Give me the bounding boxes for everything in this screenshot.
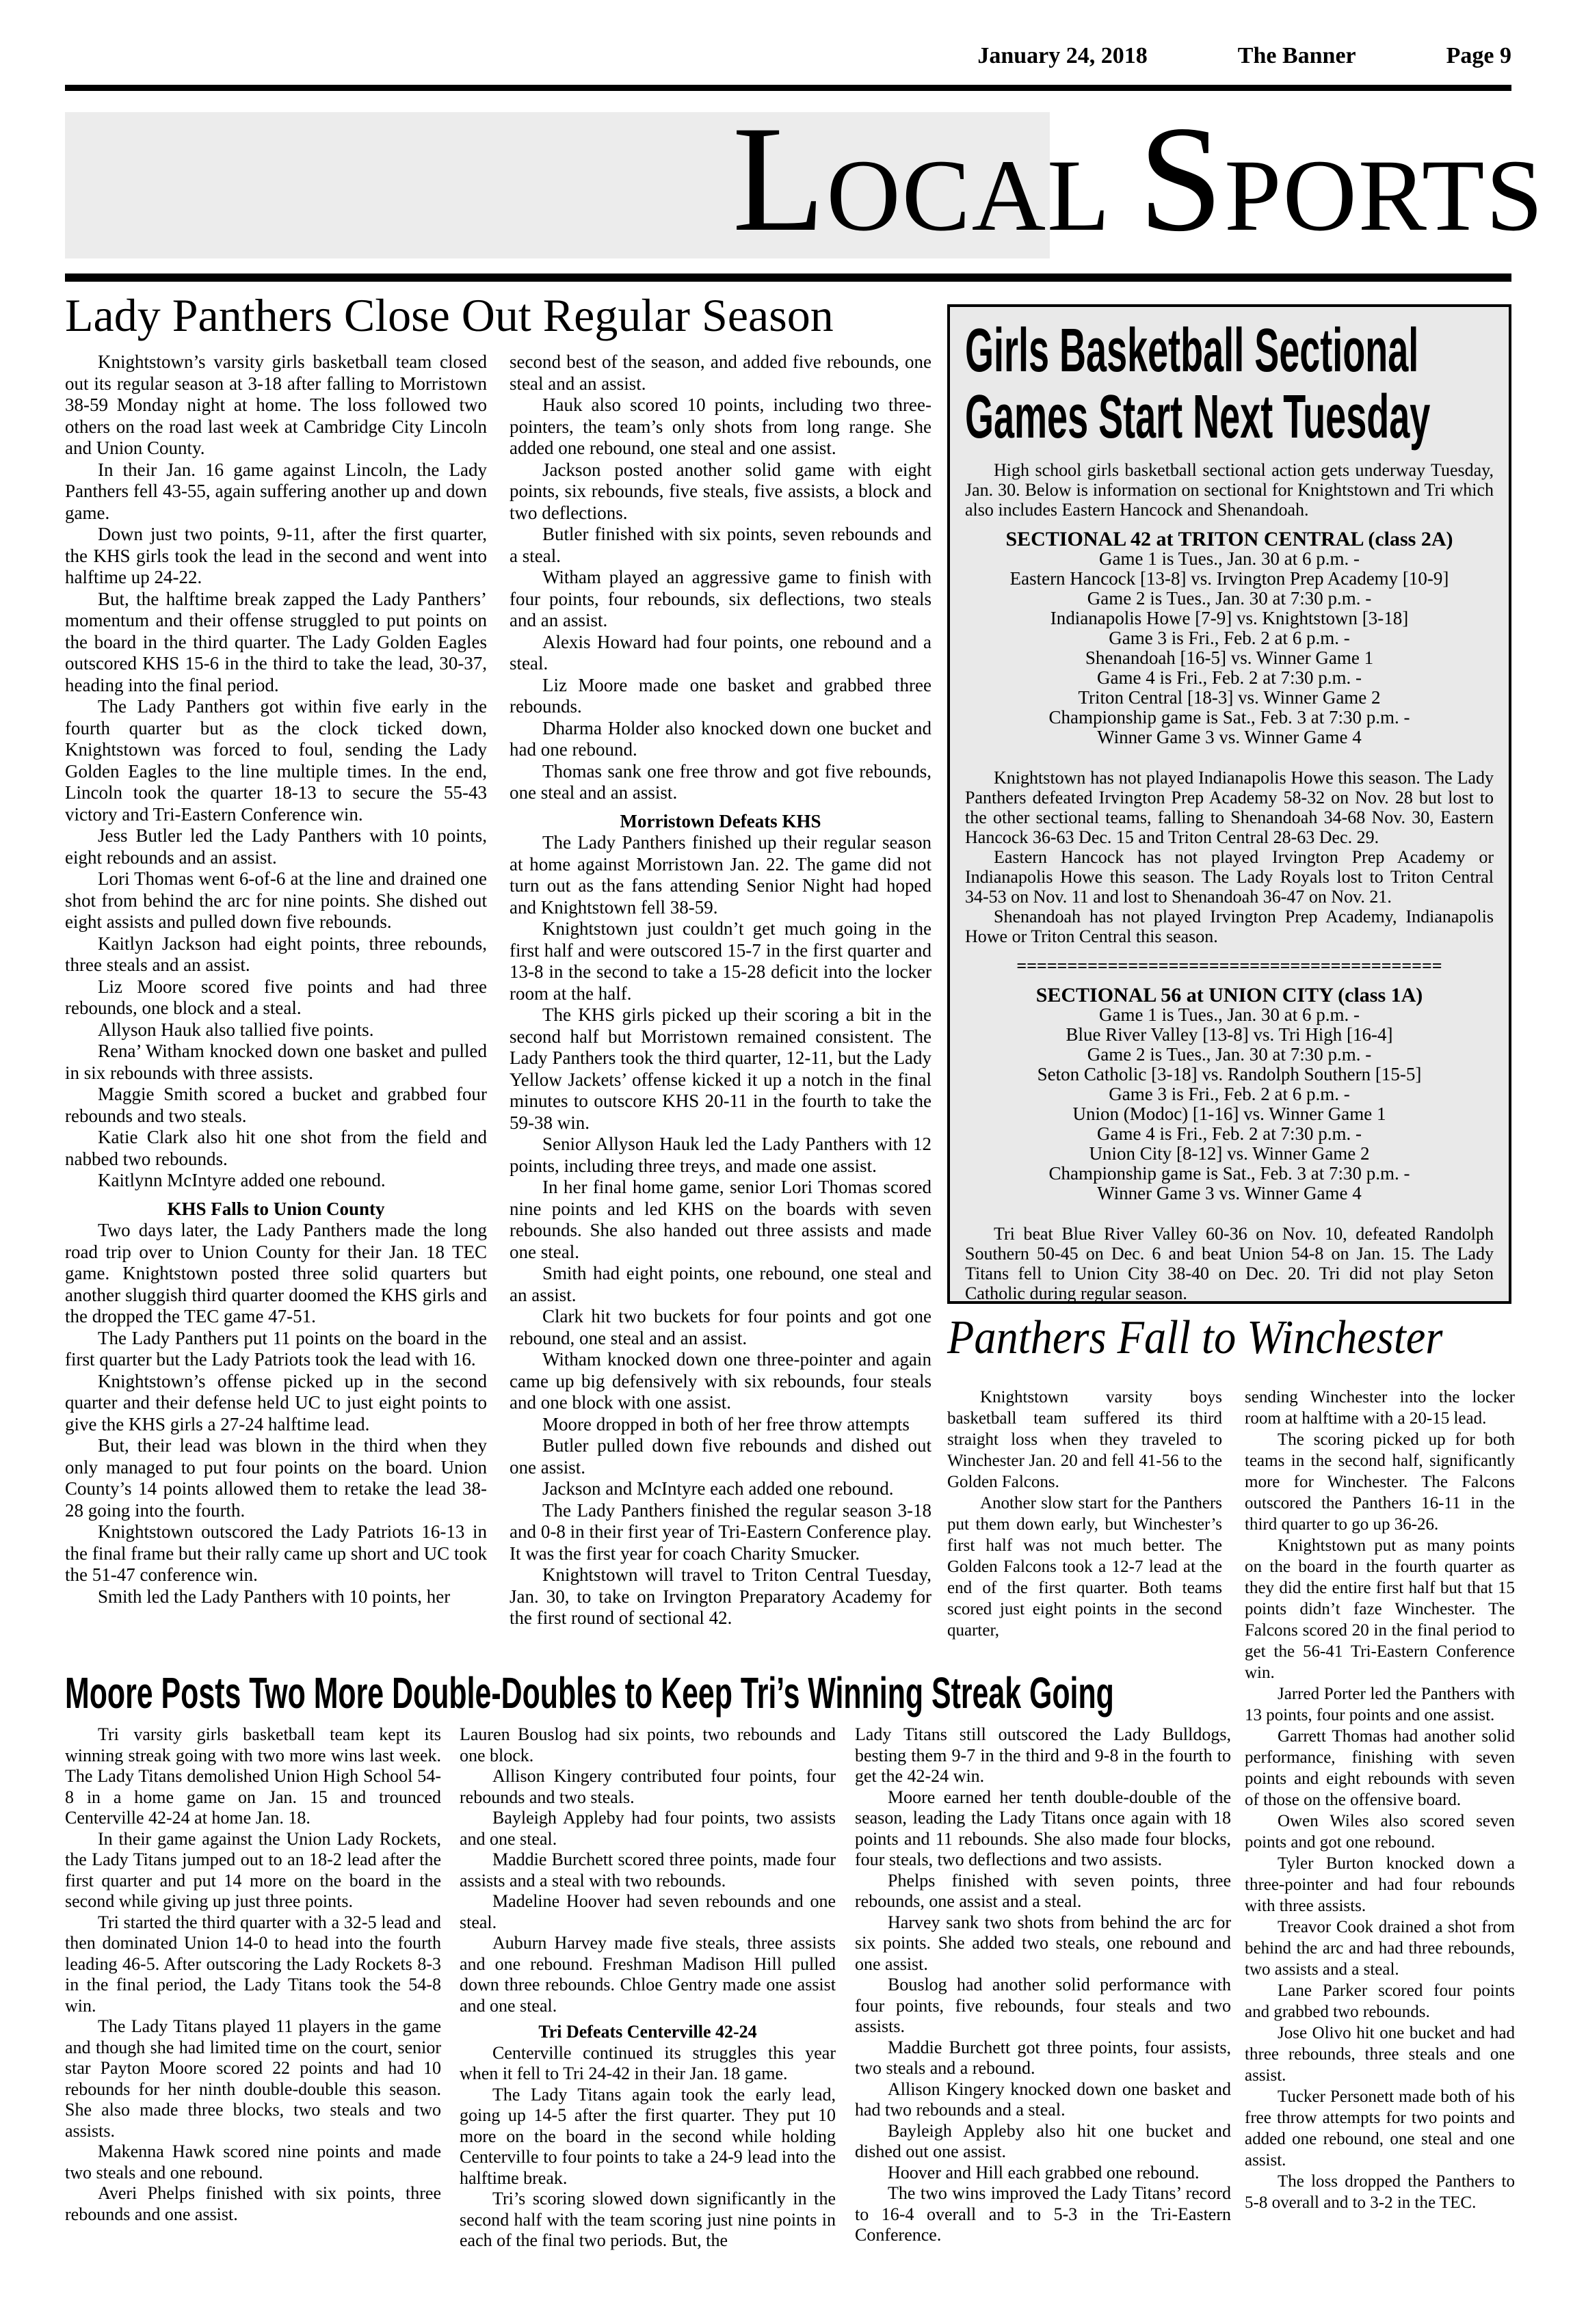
paragraph: Makenna Hawk scored nine points and made… bbox=[65, 2141, 441, 2183]
paragraph: The Lady Titans again took the early lea… bbox=[460, 2085, 836, 2189]
paragraph: Maddie Burchett got three points, four a… bbox=[855, 2038, 1231, 2079]
schedule-line: Union City [8-12] vs. Winner Game 2 bbox=[965, 1144, 1494, 1164]
paragraph: The two wins improved the Lady Titans’ r… bbox=[855, 2183, 1231, 2246]
paragraph: But, their lead was blown in the third w… bbox=[65, 1435, 487, 1521]
schedule-line: Game 2 is Tues., Jan. 30 at 7:30 p.m. - bbox=[965, 1045, 1494, 1065]
moore-column-3: Lady Titans still outscored the Lady Bul… bbox=[855, 1724, 1231, 2324]
paragraph: Maddie Burchett scored three points, mad… bbox=[460, 1849, 836, 1891]
schedule-line: Blue River Valley [13-8] vs. Tri High [1… bbox=[965, 1025, 1494, 1045]
moore-column-2: Lauren Bouslog had six points, two rebou… bbox=[460, 1724, 836, 2324]
sectional-title-line-1: Girls Basketball Sectional bbox=[965, 318, 1418, 384]
paragraph: In their game against the Union Lady Roc… bbox=[65, 1829, 441, 1912]
moore-column-1: Tri varsity girls basketball team kept i… bbox=[65, 1724, 441, 2324]
paragraph: Hauk also scored 10 points, including tw… bbox=[510, 395, 931, 459]
sub-headline: Morristown Defeats KHS bbox=[510, 811, 931, 833]
page-number: Page 9 bbox=[1446, 42, 1511, 70]
banner-word-local: OCAL bbox=[826, 139, 1111, 252]
paragraph: Madeline Hoover had seven rebounds and o… bbox=[460, 1891, 836, 1933]
paragraph: Moore earned her tenth double-double of … bbox=[855, 1787, 1231, 1871]
schedule-line: Triton Central [18-3] vs. Winner Game 2 bbox=[965, 688, 1494, 708]
sectional-box: Girls Basketball Sectional Games Start N… bbox=[947, 304, 1511, 1304]
schedule-line: Game 3 is Fri., Feb. 2 at 6 p.m. - bbox=[965, 628, 1494, 648]
sub-headline: SECTIONAL 42 at TRITON CENTRAL (class 2A… bbox=[965, 529, 1494, 549]
paragraph: Knightstown outscored the Lady Patriots … bbox=[65, 1521, 487, 1586]
paragraph: Owen Wiles also scored seven points and … bbox=[1245, 1811, 1515, 1853]
paragraph: Bayleigh Appleby had four points, two as… bbox=[460, 1808, 836, 1849]
banner-initial-s: S bbox=[1139, 95, 1224, 263]
schedule-line: Indianapolis Howe [7-9] vs. Knightstown … bbox=[965, 609, 1494, 628]
paragraph: Butler finished with six points, seven r… bbox=[510, 524, 931, 567]
moore-headline: Moore Posts Two More Double-Doubles to K… bbox=[65, 1668, 1234, 1718]
paragraph: Knightstown put as many points on the bo… bbox=[1245, 1535, 1515, 1683]
paragraph: Witham played an aggressive game to fini… bbox=[510, 567, 931, 632]
paragraph: In her final home game, senior Lori Thom… bbox=[510, 1177, 931, 1263]
paragraph: Knightstown has not played Indianapolis … bbox=[965, 768, 1494, 847]
paragraph: Tri beat Blue River Valley 60-36 on Nov.… bbox=[965, 1224, 1494, 1303]
paragraph: Allison Kingery contributed four points,… bbox=[460, 1766, 836, 1808]
paragraph: The Lady Panthers finished up their regu… bbox=[510, 832, 931, 918]
paragraph: Bayleigh Appleby also hit one bucket and… bbox=[855, 2121, 1231, 2163]
paragraph: Centerville continued its struggles this… bbox=[460, 2043, 836, 2085]
paragraph: Knightstown will travel to Triton Centra… bbox=[510, 1564, 931, 1629]
schedule-line: Game 3 is Fri., Feb. 2 at 6 p.m. - bbox=[965, 1084, 1494, 1104]
lady-panthers-column-2: second best of the season, and added fiv… bbox=[510, 351, 931, 1671]
paragraph: The Lady Titans played 11 players in the… bbox=[65, 2016, 441, 2141]
paragraph: Hoover and Hill each grabbed one rebound… bbox=[855, 2163, 1231, 2184]
paragraph: Rena’ Witham knocked down one basket and… bbox=[65, 1041, 487, 1084]
schedule-line: Winner Game 3 vs. Winner Game 4 bbox=[965, 1184, 1494, 1203]
paragraph: Thomas sank one free throw and got five … bbox=[510, 761, 931, 804]
spacer bbox=[965, 747, 1494, 768]
paragraph: Moore dropped in both of her free throw … bbox=[510, 1414, 931, 1436]
paragraph: Knightstown varsity boys basketball team… bbox=[947, 1387, 1222, 1493]
paragraph: Eastern Hancock has not played Irvington… bbox=[965, 847, 1494, 907]
sectional-box-title: Girls Basketball Sectional Games Start N… bbox=[965, 318, 1494, 451]
divider-line: ========================================… bbox=[965, 956, 1494, 976]
paragraph: second best of the season, and added fiv… bbox=[510, 351, 931, 395]
paragraph: Lane Parker scored four points and grabb… bbox=[1245, 1980, 1515, 2022]
paragraph: Jose Olivo hit one bucket and had three … bbox=[1245, 2022, 1515, 2086]
paragraph: Knightstown’s varsity girls basketball t… bbox=[65, 351, 487, 459]
schedule-line: Union (Modoc) [1-16] vs. Winner Game 1 bbox=[965, 1104, 1494, 1124]
paragraph: Knightstown’s offense picked up in the s… bbox=[65, 1371, 487, 1436]
paragraph: Kaitlynn McIntyre added one rebound. bbox=[65, 1170, 487, 1192]
paragraph: The Lady Panthers finished the regular s… bbox=[510, 1500, 931, 1565]
page-header: January 24, 2018 The Banner Page 9 bbox=[65, 42, 1511, 70]
paragraph: Liz Moore scored five points and had thr… bbox=[65, 976, 487, 1019]
paragraph: Lori Thomas went 6-of-6 at the line and … bbox=[65, 868, 487, 933]
schedule-line: Championship game is Sat., Feb. 3 at 7:3… bbox=[965, 1164, 1494, 1184]
paragraph: Garrett Thomas had another solid perform… bbox=[1245, 1726, 1515, 1811]
paragraph: Witham knocked down one three-pointer an… bbox=[510, 1349, 931, 1414]
paragraph: High school girls basketball sectional a… bbox=[965, 460, 1494, 520]
paragraph: Auburn Harvey made five steals, three as… bbox=[460, 1933, 836, 2016]
paragraph: Tucker Personett made both of his free t… bbox=[1245, 2086, 1515, 2171]
paragraph: Averi Phelps finished with six points, t… bbox=[65, 2183, 441, 2225]
paragraph: Kaitlyn Jackson had eight points, three … bbox=[65, 933, 487, 976]
sectional-box-body: High school girls basketball sectional a… bbox=[965, 460, 1494, 1303]
paragraph: But, the halftime break zapped the Lady … bbox=[65, 589, 487, 697]
schedule-line: Game 4 is Fri., Feb. 2 at 7:30 p.m. - bbox=[965, 1124, 1494, 1144]
paragraph: Knightstown just couldn’t get much going… bbox=[510, 918, 931, 1004]
local-sports-banner: LOCALSPORTS bbox=[0, 103, 1544, 261]
paper-name: The Banner bbox=[1238, 42, 1356, 70]
schedule-line: Game 2 is Tues., Jan. 30 at 7:30 p.m. - bbox=[965, 589, 1494, 609]
paragraph: Senior Allyson Hauk led the Lady Panther… bbox=[510, 1134, 931, 1177]
paragraph: Jess Butler led the Lady Panthers with 1… bbox=[65, 825, 487, 868]
schedule-line: Championship game is Sat., Feb. 3 at 7:3… bbox=[965, 708, 1494, 727]
winchester-column-1: Knightstown varsity boys basketball team… bbox=[947, 1387, 1222, 1679]
paragraph: Smith had eight points, one rebound, one… bbox=[510, 1263, 931, 1306]
winchester-column-2: sending Winchester into the locker room … bbox=[1245, 1387, 1515, 2289]
spacer bbox=[965, 1203, 1494, 1224]
sub-headline: KHS Falls to Union County bbox=[65, 1199, 487, 1220]
paragraph: Dharma Holder also knocked down one buck… bbox=[510, 718, 931, 761]
issue-date: January 24, 2018 bbox=[977, 42, 1147, 70]
sub-headline: Tri Defeats Centerville 42-24 bbox=[460, 2022, 836, 2043]
paragraph: In their Jan. 16 game against Lincoln, t… bbox=[65, 459, 487, 524]
paragraph: Tyler Burton knocked down a three-pointe… bbox=[1245, 1853, 1515, 1916]
paragraph: The Lady Panthers put 11 points on the b… bbox=[65, 1328, 487, 1371]
paragraph: Bouslog had another solid performance wi… bbox=[855, 1975, 1231, 2038]
paragraph: Lauren Bouslog had six points, two rebou… bbox=[460, 1724, 836, 1766]
paragraph: Tri’s scoring slowed down significantly … bbox=[460, 2189, 836, 2252]
paragraph: Allison Kingery knocked down one basket … bbox=[855, 2079, 1231, 2121]
schedule-line: Eastern Hancock [13-8] vs. Irvington Pre… bbox=[965, 569, 1494, 589]
sub-headline: SECTIONAL 56 at UNION CITY (class 1A) bbox=[965, 985, 1494, 1005]
paragraph: The scoring picked up for both teams in … bbox=[1245, 1429, 1515, 1535]
paragraph: The Lady Panthers got within five early … bbox=[65, 696, 487, 825]
paragraph: Lady Titans still outscored the Lady Bul… bbox=[855, 1724, 1231, 1787]
banner-rule bbox=[65, 273, 1511, 282]
schedule-line: Shenandoah [16-5] vs. Winner Game 1 bbox=[965, 648, 1494, 668]
newspaper-page: January 24, 2018 The Banner Page 9 LOCAL… bbox=[0, 0, 1573, 2324]
paragraph: The loss dropped the Panthers to 5-8 ove… bbox=[1245, 2171, 1515, 2213]
paragraph: The KHS girls picked up their scoring a … bbox=[510, 1004, 931, 1134]
banner-word-sports: PORTS bbox=[1224, 139, 1544, 252]
schedule-line: Winner Game 3 vs. Winner Game 4 bbox=[965, 727, 1494, 747]
schedule-line: Game 1 is Tues., Jan. 30 at 6 p.m. - bbox=[965, 549, 1494, 569]
paragraph: Jackson posted another solid game with e… bbox=[510, 459, 931, 524]
paragraph: Maggie Smith scored a bucket and grabbed… bbox=[65, 1084, 487, 1127]
schedule-line: Game 4 is Fri., Feb. 2 at 7:30 p.m. - bbox=[965, 668, 1494, 688]
paragraph: Katie Clark also hit one shot from the f… bbox=[65, 1127, 487, 1170]
banner-initial-l: L bbox=[732, 95, 827, 263]
paragraph: Smith led the Lady Panthers with 10 poin… bbox=[65, 1586, 487, 1608]
winchester-headline: Panthers Fall to Winchester bbox=[947, 1310, 1511, 1366]
lady-panthers-column-1: Knightstown’s varsity girls basketball t… bbox=[65, 351, 487, 1671]
header-rule bbox=[65, 85, 1511, 91]
sectional-title-line-2: Games Start Next Tuesday bbox=[965, 384, 1430, 451]
paragraph: Treavor Cook drained a shot from behind … bbox=[1245, 1916, 1515, 1980]
paragraph: Butler pulled down five rebounds and dis… bbox=[510, 1435, 931, 1478]
paragraph: sending Winchester into the locker room … bbox=[1245, 1387, 1515, 1429]
paragraph: Tri varsity girls basketball team kept i… bbox=[65, 1724, 441, 1829]
paragraph: Alexis Howard had four points, one rebou… bbox=[510, 632, 931, 675]
paragraph: Phelps finished with seven points, three… bbox=[855, 1871, 1231, 1912]
lady-panthers-headline: Lady Panthers Close Out Regular Season bbox=[65, 290, 834, 340]
paragraph: Jackson and McIntyre each added one rebo… bbox=[510, 1478, 931, 1500]
paragraph: Shenandoah has not played Irvington Prep… bbox=[965, 907, 1494, 946]
paragraph: Harvey sank two shots from behind the ar… bbox=[855, 1912, 1231, 1975]
paragraph: Down just two points, 9-11, after the fi… bbox=[65, 524, 487, 589]
paragraph: Tri started the third quarter with a 32-… bbox=[65, 1912, 441, 2017]
schedule-line: Game 1 is Tues., Jan. 30 at 6 p.m. - bbox=[965, 1005, 1494, 1025]
paragraph: Liz Moore made one basket and grabbed th… bbox=[510, 675, 931, 718]
paragraph: Allyson Hauk also tallied five points. bbox=[65, 1019, 487, 1041]
paragraph: Another slow start for the Panthers put … bbox=[947, 1493, 1222, 1641]
schedule-line: Seton Catholic [3-18] vs. Randolph South… bbox=[965, 1065, 1494, 1084]
paragraph: Two days later, the Lady Panthers made t… bbox=[65, 1220, 487, 1328]
paragraph: Jarred Porter led the Panthers with 13 p… bbox=[1245, 1683, 1515, 1726]
paragraph: Clark hit two buckets for four points an… bbox=[510, 1306, 931, 1349]
